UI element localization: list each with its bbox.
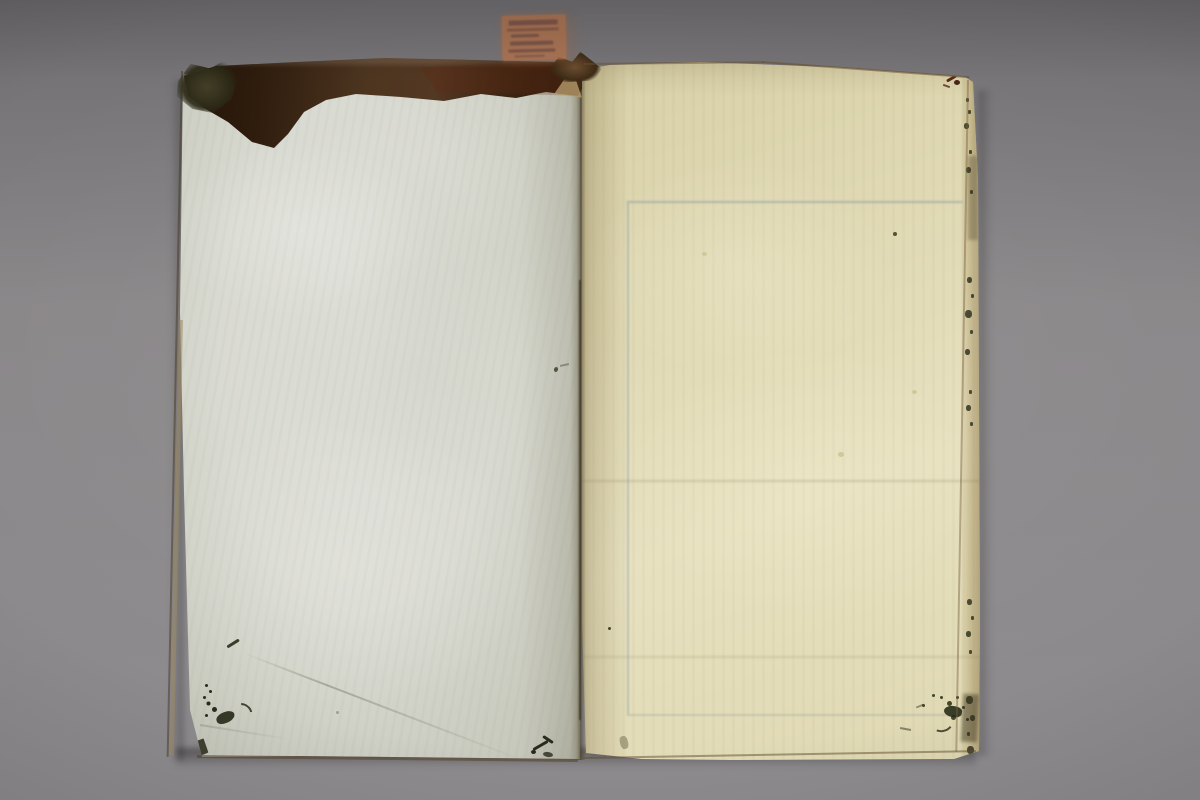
spine-gutter — [570, 58, 592, 760]
label-text-line — [507, 27, 559, 31]
faint-mark — [619, 735, 630, 750]
ink-stroke — [226, 638, 239, 648]
ink-speckles — [932, 694, 935, 697]
foxing-spot — [912, 390, 917, 394]
fore-edge-stain — [961, 694, 979, 743]
ink-mark — [900, 727, 911, 731]
ink-speck — [893, 232, 897, 236]
corner-wear-mark — [943, 84, 950, 88]
ink-stain — [231, 700, 255, 724]
ink-mark — [531, 750, 536, 754]
book-cast-shadow-right — [978, 90, 992, 756]
left-endpaper — [180, 62, 580, 759]
photograph — [0, 0, 1200, 800]
right-page — [582, 60, 980, 760]
paper-seam — [582, 480, 980, 482]
ink-speck — [560, 363, 569, 367]
ink-speck — [608, 627, 611, 630]
label-text-line — [508, 48, 555, 52]
ink-mark — [543, 751, 554, 757]
spine-fold-line — [579, 280, 581, 720]
foxing-spot — [838, 452, 844, 457]
label-text-line — [514, 55, 544, 58]
label-text-line — [509, 19, 558, 25]
ink-stain — [215, 709, 236, 725]
crease-line — [200, 724, 289, 740]
paper-seam — [582, 656, 980, 658]
crease-line — [243, 652, 526, 762]
collection-label — [501, 14, 566, 61]
ink-speck — [336, 711, 339, 714]
faint-printed-frame-top — [627, 201, 961, 203]
foxing-spot — [702, 252, 707, 256]
label-text-line — [510, 41, 553, 46]
label-text-line — [511, 34, 539, 38]
ink-speck — [553, 366, 558, 372]
ink-squiggle — [205, 684, 208, 687]
fore-edge-stain — [968, 156, 978, 240]
faint-printed-frame — [627, 201, 963, 716]
corner-wear-mark — [954, 80, 960, 85]
